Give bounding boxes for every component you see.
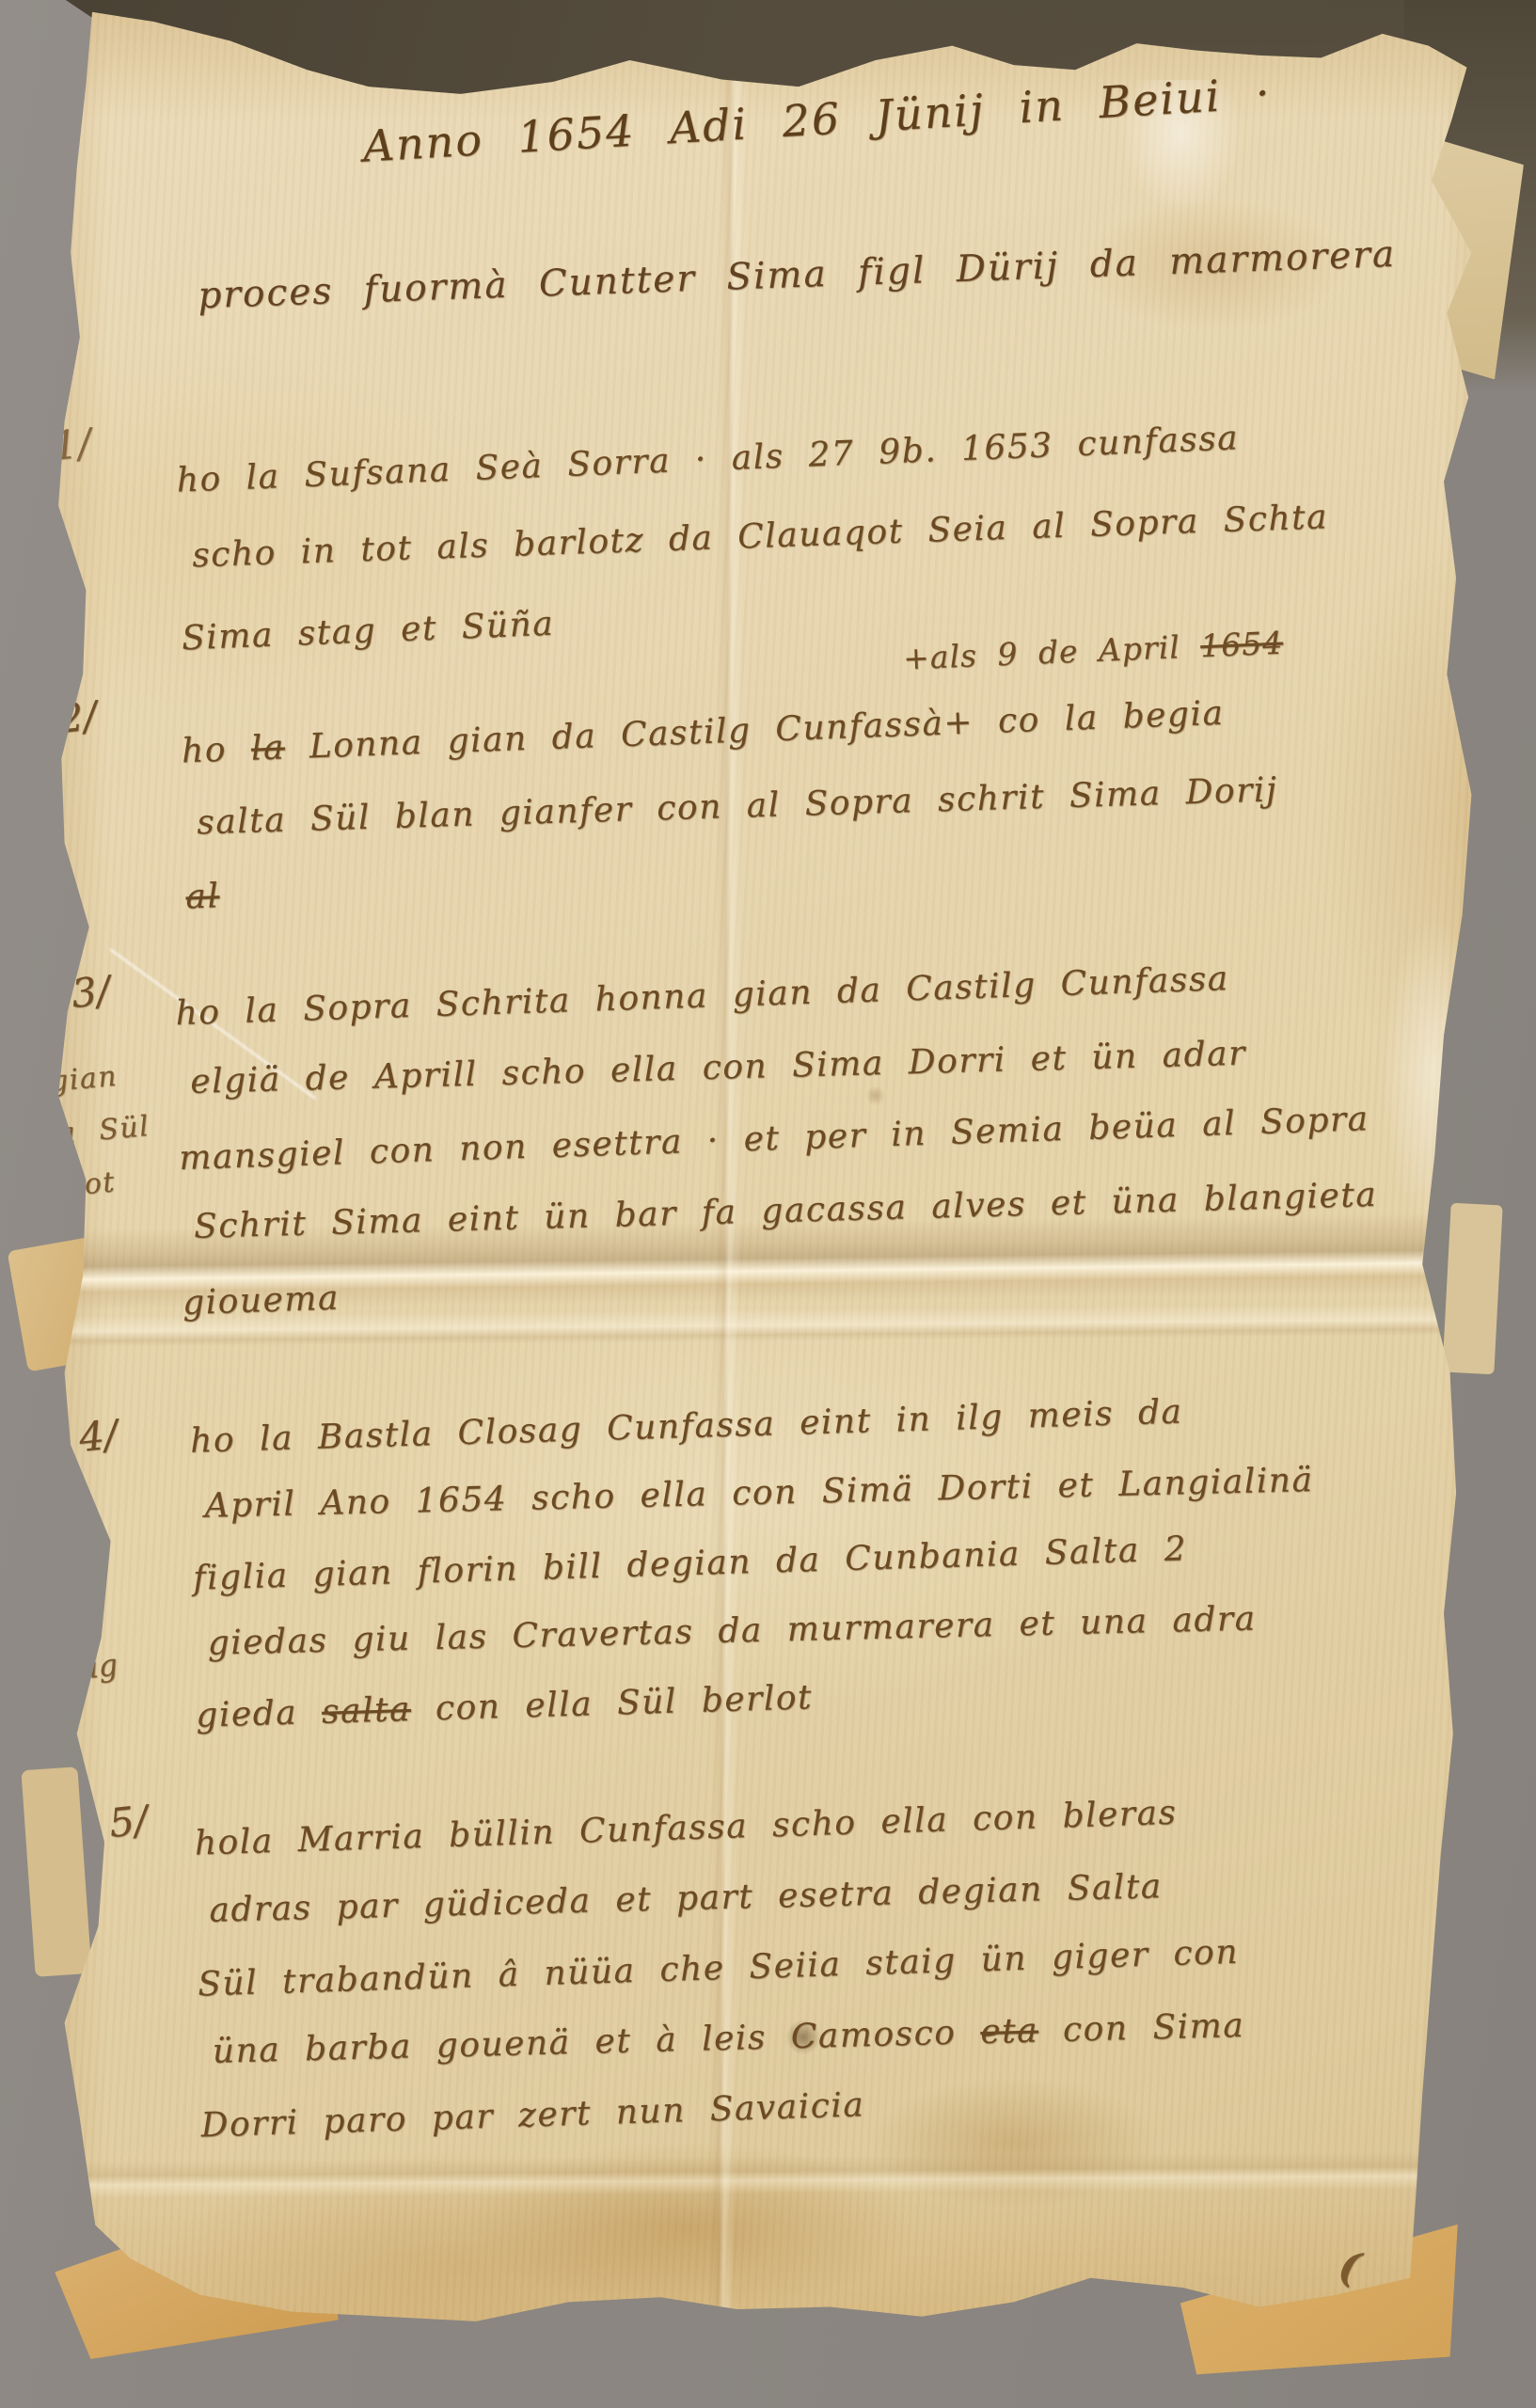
entry-4: ho la Bastla Closag Cunfassa eint in ilg… xyxy=(189,1379,1318,1746)
document-subtitle: proces fuormà Cuntter Sima figl Dürij da… xyxy=(198,233,1397,317)
entry-3: ho la Sopra Schrita honna gian da Castil… xyxy=(174,943,1380,1335)
entry-4-line-5-rest: con ella Sül berlot xyxy=(435,1678,813,1728)
underleaf-edge-right xyxy=(1442,1203,1502,1375)
margin-note-entry-3: degian alta Sül berlot xyxy=(10,1048,157,1217)
entry-2: ho la Lonna gian da Castilg Cunfassà+ co… xyxy=(181,679,1281,935)
entry-5: hola Marria büllin Cunfassa scho ella co… xyxy=(194,1780,1247,2156)
manuscript-sheet: Anno 1654 Adi 26 Jünij in Beiui · proces… xyxy=(0,0,1536,2408)
entry-5-line-4-struck-word: eta xyxy=(980,2011,1039,2052)
entry-4-line-5-struck-word: salta xyxy=(321,1690,411,1732)
entry-2-line-1-struck-word: la xyxy=(250,728,285,768)
margin-number-5: 5/ xyxy=(107,1797,150,1846)
entry-5-line-4-rest: con Sima xyxy=(1062,2006,1244,2050)
entry-2-line-1-rest: Lonna gian da Castilg Cunfassà+ co la be… xyxy=(309,694,1225,767)
date-insert-struck-year: 1654 xyxy=(1199,625,1284,665)
entry-2-line-1-start: ho xyxy=(181,731,227,771)
margin-number-3: 3/ xyxy=(70,967,113,1017)
entry-2-struck-word: al xyxy=(184,858,244,935)
entry-4-line-5-start: gieda xyxy=(196,1693,298,1735)
photograph-of-manuscript: { "photo": { "backdrop_color": "#8c8782"… xyxy=(0,0,1536,2408)
underleaf-fray-left-lower xyxy=(21,1766,91,1977)
margin-number-1: 1/ xyxy=(51,420,94,469)
margin-number-2: 2/ xyxy=(56,692,100,742)
margin-number-4: 4/ xyxy=(77,1411,120,1461)
worn-right-edge-patch xyxy=(1383,922,1467,1223)
entry-5-line-4-start: üna barba gouenä et à leis Camosco xyxy=(212,2014,957,2071)
margin-note-entry-4: staig xyxy=(41,1646,119,1690)
margin-note-line-3: berlot xyxy=(20,1153,157,1217)
corner-ink-mark: ( xyxy=(1334,2242,1365,2293)
